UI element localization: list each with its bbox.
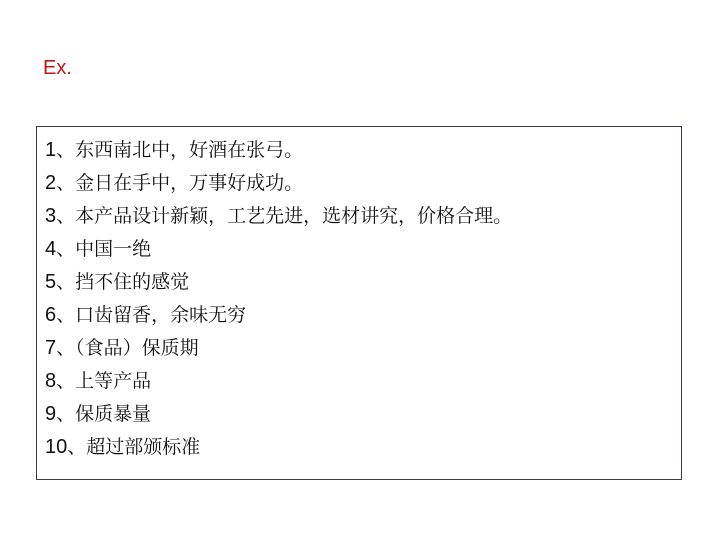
item-text: 、中国一绝 xyxy=(56,238,151,260)
list-item: 8、上等产品 xyxy=(45,365,512,398)
example-box: 1、东西南北中，好酒在张弓。 2、金日在手中，万事好成功。 3、本产品设计新颖，… xyxy=(36,126,682,480)
list-item: 6、口齿留香，余味无穷 xyxy=(45,299,512,332)
item-text: 、本产品设计新颖，工艺先进，选材讲究，价格合理。 xyxy=(56,205,512,227)
list-item: 1、东西南北中，好酒在张弓。 xyxy=(45,134,512,167)
item-number: 9 xyxy=(45,403,56,425)
item-number: 3 xyxy=(45,205,56,227)
item-text: 、口齿留香，余味无穷 xyxy=(56,304,246,326)
item-number: 2 xyxy=(45,172,56,194)
list-item: 4、中国一绝 xyxy=(45,233,512,266)
slide-title: Ex. xyxy=(43,56,72,80)
example-list: 1、东西南北中，好酒在张弓。 2、金日在手中，万事好成功。 3、本产品设计新颖，… xyxy=(45,134,512,464)
item-text: 、（食品）保质期 xyxy=(56,337,199,359)
item-text: 、超过部颁标准 xyxy=(67,436,200,458)
item-text: 、上等产品 xyxy=(56,370,151,392)
list-item: 10、超过部颁标准 xyxy=(45,431,512,464)
list-item: 5、挡不住的感觉 xyxy=(45,266,512,299)
item-text: 、挡不住的感觉 xyxy=(56,271,189,293)
item-number: 5 xyxy=(45,271,56,293)
item-number: 8 xyxy=(45,370,56,392)
list-item: 2、金日在手中，万事好成功。 xyxy=(45,167,512,200)
list-item: 3、本产品设计新颖，工艺先进，选材讲究，价格合理。 xyxy=(45,200,512,233)
item-number: 1 xyxy=(45,139,56,161)
item-number: 6 xyxy=(45,304,56,326)
item-text: 、东西南北中，好酒在张弓。 xyxy=(56,139,303,161)
list-item: 9、保质暴量 xyxy=(45,398,512,431)
list-item: 7、（食品）保质期 xyxy=(45,332,512,365)
item-number: 10 xyxy=(45,436,67,458)
item-text: 、金日在手中，万事好成功。 xyxy=(56,172,303,194)
item-text: 、保质暴量 xyxy=(56,403,151,425)
item-number: 4 xyxy=(45,238,56,260)
item-number: 7 xyxy=(45,337,56,359)
